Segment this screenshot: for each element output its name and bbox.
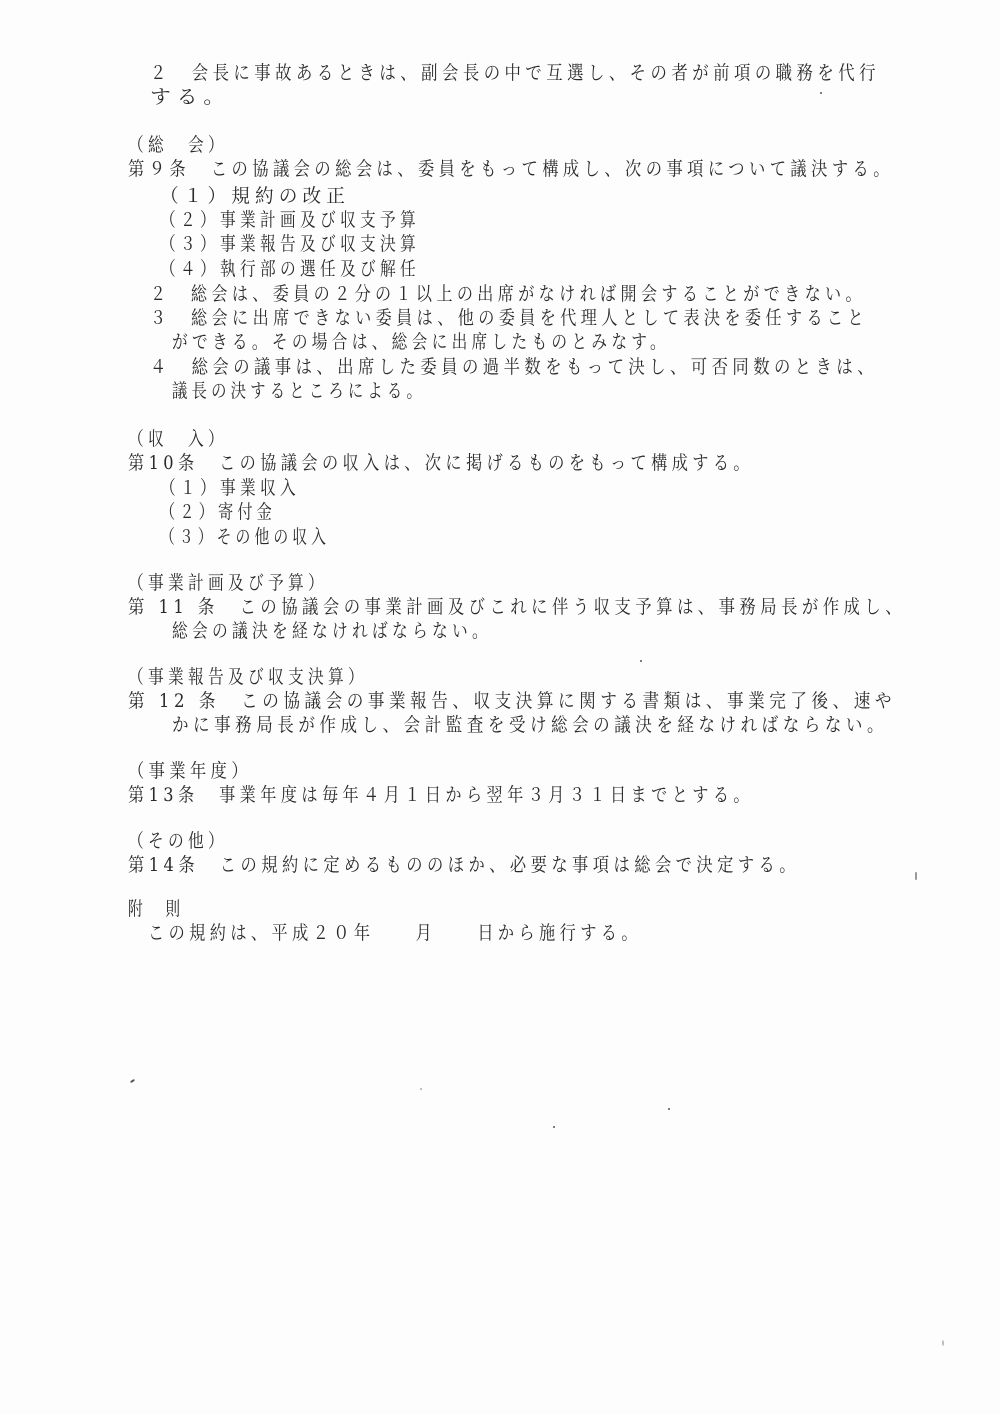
text-line-art10: 第10条 この協議会の収入は、次に掲げるものをもって構成する。 <box>128 452 754 474</box>
text-line-art9: 第９条 この協議会の総会は、委員をもって構成し、次の事項について議決する。 <box>128 158 894 180</box>
text-line-heading-report-settlement: （事業報告及び収支決算） <box>128 666 368 688</box>
text-line-art10-item2: （２）寄付金 <box>160 501 276 523</box>
scan-speck <box>420 1088 422 1090</box>
text-line-art9-p4-a: ４ 総会の議事は、出席した委員の過半数をもって決し、可否同数のときは、 <box>150 356 878 378</box>
scan-speck <box>820 92 822 94</box>
scan-speck <box>942 1340 944 1346</box>
text-line-art9-item3: （３）事業報告及び収支決算 <box>160 233 420 255</box>
text-line-art9-p4-b: 議長の決するところによる。 <box>172 380 426 402</box>
document-page: ２ 会長に事故あるときは、副会長の中で互選し、その者が前項の職務を代行する。（総… <box>0 0 1000 1414</box>
text-line-art13: 第13条 事業年度は毎年４月１日から翌年３月３１日までとする。 <box>128 784 754 806</box>
text-line-art9-item1: （１）規約の改正 <box>160 185 350 207</box>
text-line-art8-p2-b: する。 <box>150 86 230 108</box>
text-line-art14: 第14条 この規約に定めるもののほか、必要な事項は総会で決定する。 <box>128 854 800 876</box>
text-line-heading-income: （収 入） <box>128 428 228 450</box>
text-line-heading-general-meeting: （総 会） <box>128 134 228 156</box>
text-line-heading-other: （その他） <box>128 830 228 852</box>
text-line-art11-a: 第 11 条 この協議会の事業計画及びこれに伴う収支予算は、事務局長が作成し、 <box>128 596 906 618</box>
scan-speck <box>915 872 917 880</box>
text-line-heading-supplementary: 附 則 <box>128 898 184 920</box>
text-line-art9-p2: ２ 総会は、委員の２分の１以上の出席がなければ開会することができない。 <box>150 283 866 305</box>
text-line-art9-item2: （２）事業計画及び収支予算 <box>160 209 420 231</box>
text-line-heading-fiscal-year: （事業年度） <box>128 760 252 782</box>
text-line-art11-b: 総会の議決を経なければならない。 <box>172 620 492 642</box>
text-line-art12-a: 第 12 条 この協議会の事業報告、収支決算に関する書類は、事業完了後、速や <box>128 690 896 712</box>
text-line-art9-item4: （４）執行部の選任及び解任 <box>160 258 420 280</box>
scan-speck <box>130 1079 135 1084</box>
text-line-art8-p2-a: ２ 会長に事故あるときは、副会長の中で互選し、その者が前項の職務を代行 <box>150 62 880 84</box>
text-line-heading-plan-budget: （事業計画及び予算） <box>128 572 328 594</box>
text-line-art9-p3-a: ３ 総会に出席できない委員は、他の委員を代理人として表決を委任すること <box>150 307 868 329</box>
scan-speck <box>668 1108 670 1110</box>
scan-speck <box>553 1126 555 1128</box>
text-line-supplementary-text: この規約は、平成２０年 月 日から施行する。 <box>148 922 642 944</box>
text-line-art12-b: かに事務局長が作成し、会計監査を受け総会の議決を経なければならない。 <box>172 714 888 736</box>
text-line-art9-p3-b: ができる。その場合は、総会に出席したものとみなす。 <box>172 331 670 353</box>
text-line-art10-item3: （３）その他の収入 <box>160 526 330 548</box>
scan-speck <box>640 660 642 662</box>
text-line-art10-item1: （１）事業収入 <box>160 477 300 499</box>
